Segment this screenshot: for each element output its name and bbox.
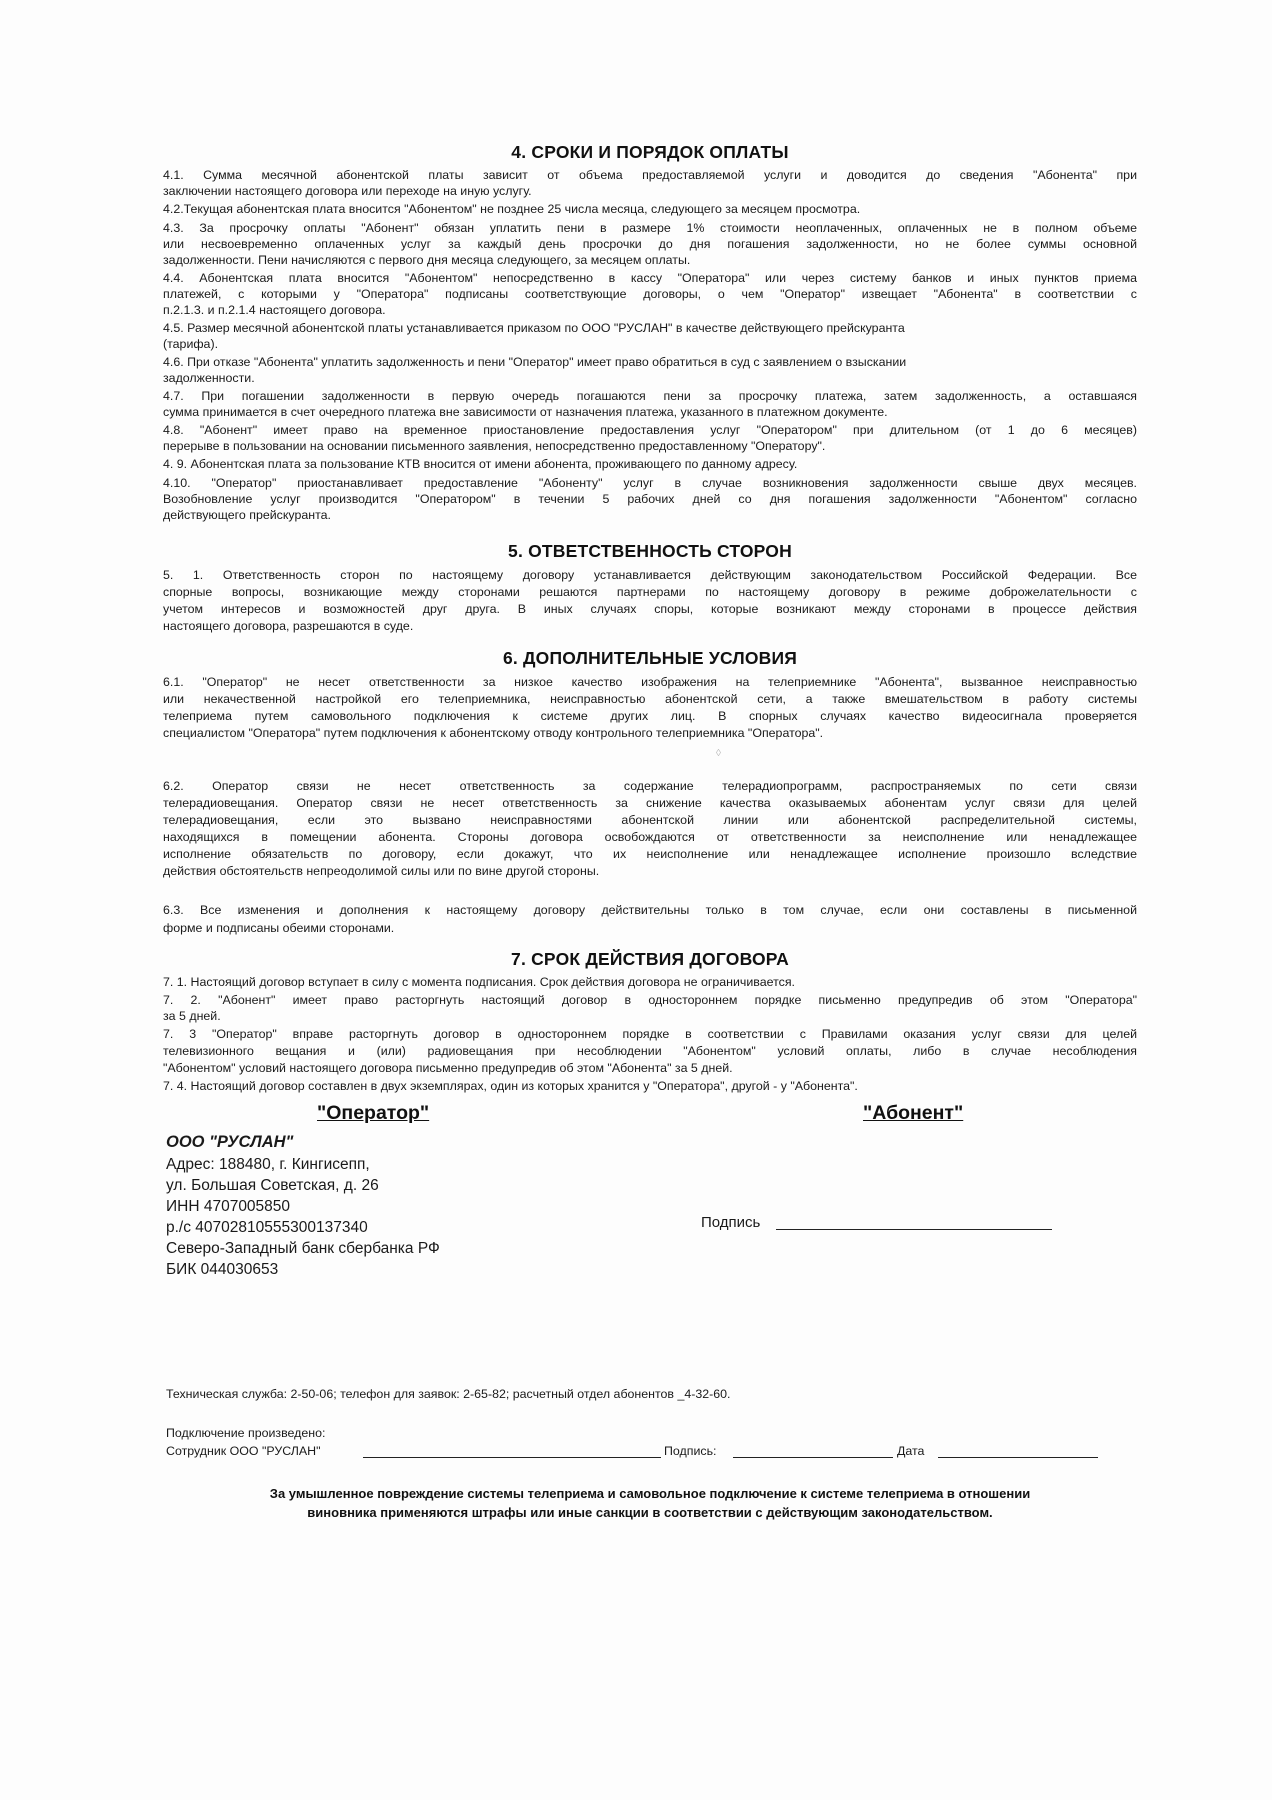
text-line: телерадиовещания, если это вызвано неисп… <box>163 812 1137 828</box>
text-line: платежей, с которыми у "Оператора" подпи… <box>163 286 1137 302</box>
date-label: Дата <box>897 1444 924 1458</box>
operator-bank: Северо-Западный банк сбербанка РФ <box>166 1239 440 1260</box>
text-line: 7. 1. Настоящий договор вступает в силу … <box>163 974 1137 990</box>
text-line: форме и подписаны обеими сторонами. <box>163 920 1137 936</box>
operator-bik: БИК 044030653 <box>166 1260 278 1281</box>
text-line: 6.1. "Оператор" не несет ответственности… <box>163 674 1137 690</box>
scan-speck: ◊ <box>716 748 721 759</box>
operator-account: р./с 40702810555300137340 <box>166 1218 368 1239</box>
text-line: 5. 1. Ответственность сторон по настояще… <box>163 567 1137 583</box>
text-line: или несвоевременно оплаченных услуг за к… <box>163 236 1137 252</box>
text-line: специалистом "Оператора" путем подключен… <box>163 725 1137 741</box>
operator-address: Адрес: 188480, г. Кингисепп, <box>166 1155 370 1176</box>
connection-signature-line[interactable] <box>733 1457 893 1458</box>
text-line: 4.3. За просрочку оплаты "Абонент" обяза… <box>163 220 1137 236</box>
text-line: телерадиовещания. Оператор связи не несе… <box>163 795 1137 811</box>
text-line: (тарифа). <box>163 336 1137 352</box>
section-5-title: 5. ОТВЕТСТВЕННОСТЬ СТОРОН <box>163 541 1137 562</box>
text-line: телеприема путем самовольного подключени… <box>163 708 1137 724</box>
text-line: находящихся в помещении абонента. Сторон… <box>163 829 1137 845</box>
operator-heading: "Оператор" <box>317 1102 429 1125</box>
operator-street: ул. Большая Советская, д. 26 <box>166 1176 379 1197</box>
operator-inn: ИНН 4707005850 <box>166 1197 290 1218</box>
connection-signature-label: Подпись: <box>664 1444 716 1458</box>
contract-page: 4. СРОКИ И ПОРЯДОК ОПЛАТЫ 4.1. Сумма мес… <box>0 0 1272 1800</box>
text-line: сумма принимается в счет очередного плат… <box>163 404 1137 420</box>
operator-company-name: ООО "РУСЛАН" <box>166 1132 293 1153</box>
text-line: 4.10. "Оператор" приостанавливает предос… <box>163 475 1137 491</box>
text-line: 4.5. Размер месячной абонентской платы у… <box>163 320 1137 336</box>
employee-label: Сотрудник ООО "РУСЛАН" <box>166 1444 321 1458</box>
text-line: "Абонентом" условий настоящего договора … <box>163 1060 1137 1076</box>
text-line: задолженности. <box>163 370 1137 386</box>
text-line: 4.1. Сумма месячной абонентской платы за… <box>163 167 1137 183</box>
text-line: 7. 2. "Абонент" имеет право расторгнуть … <box>163 992 1137 1008</box>
text-line: перерыве в пользовании на основании пись… <box>163 438 1137 454</box>
service-phones: Техническая служба: 2-50-06; телефон для… <box>166 1387 731 1401</box>
text-line: 4.6. При отказе "Абонента" уплатить задо… <box>163 354 1137 370</box>
text-line: действия обстоятельств непреодолимой сил… <box>163 863 1137 879</box>
text-line: исполнение обязательств по договору, есл… <box>163 846 1137 862</box>
text-line: Возобновление услуг производится "Операт… <box>163 491 1137 507</box>
section-4-title: 4. СРОКИ И ПОРЯДОК ОПЛАТЫ <box>163 142 1137 163</box>
text-line: 4.4. Абонентская плата вносится "Абонент… <box>163 270 1137 286</box>
subscriber-signature-label: Подпись <box>701 1214 760 1231</box>
connection-label: Подключение произведено: <box>166 1426 325 1440</box>
text-line: задолженности. Пени начисляются с первог… <box>163 252 1137 268</box>
text-line: телевизионного вещания и (или) радиовеща… <box>163 1043 1137 1059</box>
text-line: 7. 3 "Оператор" вправе расторгнуть догов… <box>163 1026 1137 1042</box>
text-line: настоящего договора, разрешаются в суде. <box>163 618 1137 634</box>
section-7-title: 7. СРОК ДЕЙСТВИЯ ДОГОВОРА <box>163 949 1137 970</box>
text-line: 6.3. Все изменения и дополнения к настоя… <box>163 902 1137 918</box>
text-line: 4.7. При погашении задолженности в перву… <box>163 388 1137 404</box>
section-6-title: 6. ДОПОЛНИТЕЛЬНЫЕ УСЛОВИЯ <box>163 648 1137 669</box>
date-line[interactable] <box>938 1457 1098 1458</box>
text-line: или некачественной настройкой его телепр… <box>163 691 1137 707</box>
text-line: 4.2.Текущая абонентская плата вносится "… <box>163 201 1137 217</box>
text-line: 6.2. Оператор связи не несет ответственн… <box>163 778 1137 794</box>
text-line: спорные вопросы, возникающие между сторо… <box>163 584 1137 600</box>
warning-line: виновника применяются штрафы или иные са… <box>163 1503 1137 1522</box>
warning-line: За умышленное повреждение системы телепр… <box>163 1484 1137 1503</box>
text-line: заключении настоящего договора или перех… <box>163 183 1137 199</box>
text-line: 4.8. "Абонент" имеет право на временное … <box>163 422 1137 438</box>
text-line: за 5 дней. <box>163 1008 1137 1024</box>
text-line: учетом интересов и возможностей друг дру… <box>163 601 1137 617</box>
text-line: 4. 9. Абонентская плата за пользование К… <box>163 456 1137 472</box>
text-line: п.2.1.3. и п.2.1.4 настоящего договора. <box>163 302 1137 318</box>
employee-name-line[interactable] <box>363 1457 661 1458</box>
text-line: действующего прейскуранта. <box>163 507 1137 523</box>
subscriber-signature-line[interactable] <box>776 1229 1052 1230</box>
text-line: 7. 4. Настоящий договор составлен в двух… <box>163 1078 1137 1094</box>
subscriber-heading: "Абонент" <box>863 1102 963 1125</box>
